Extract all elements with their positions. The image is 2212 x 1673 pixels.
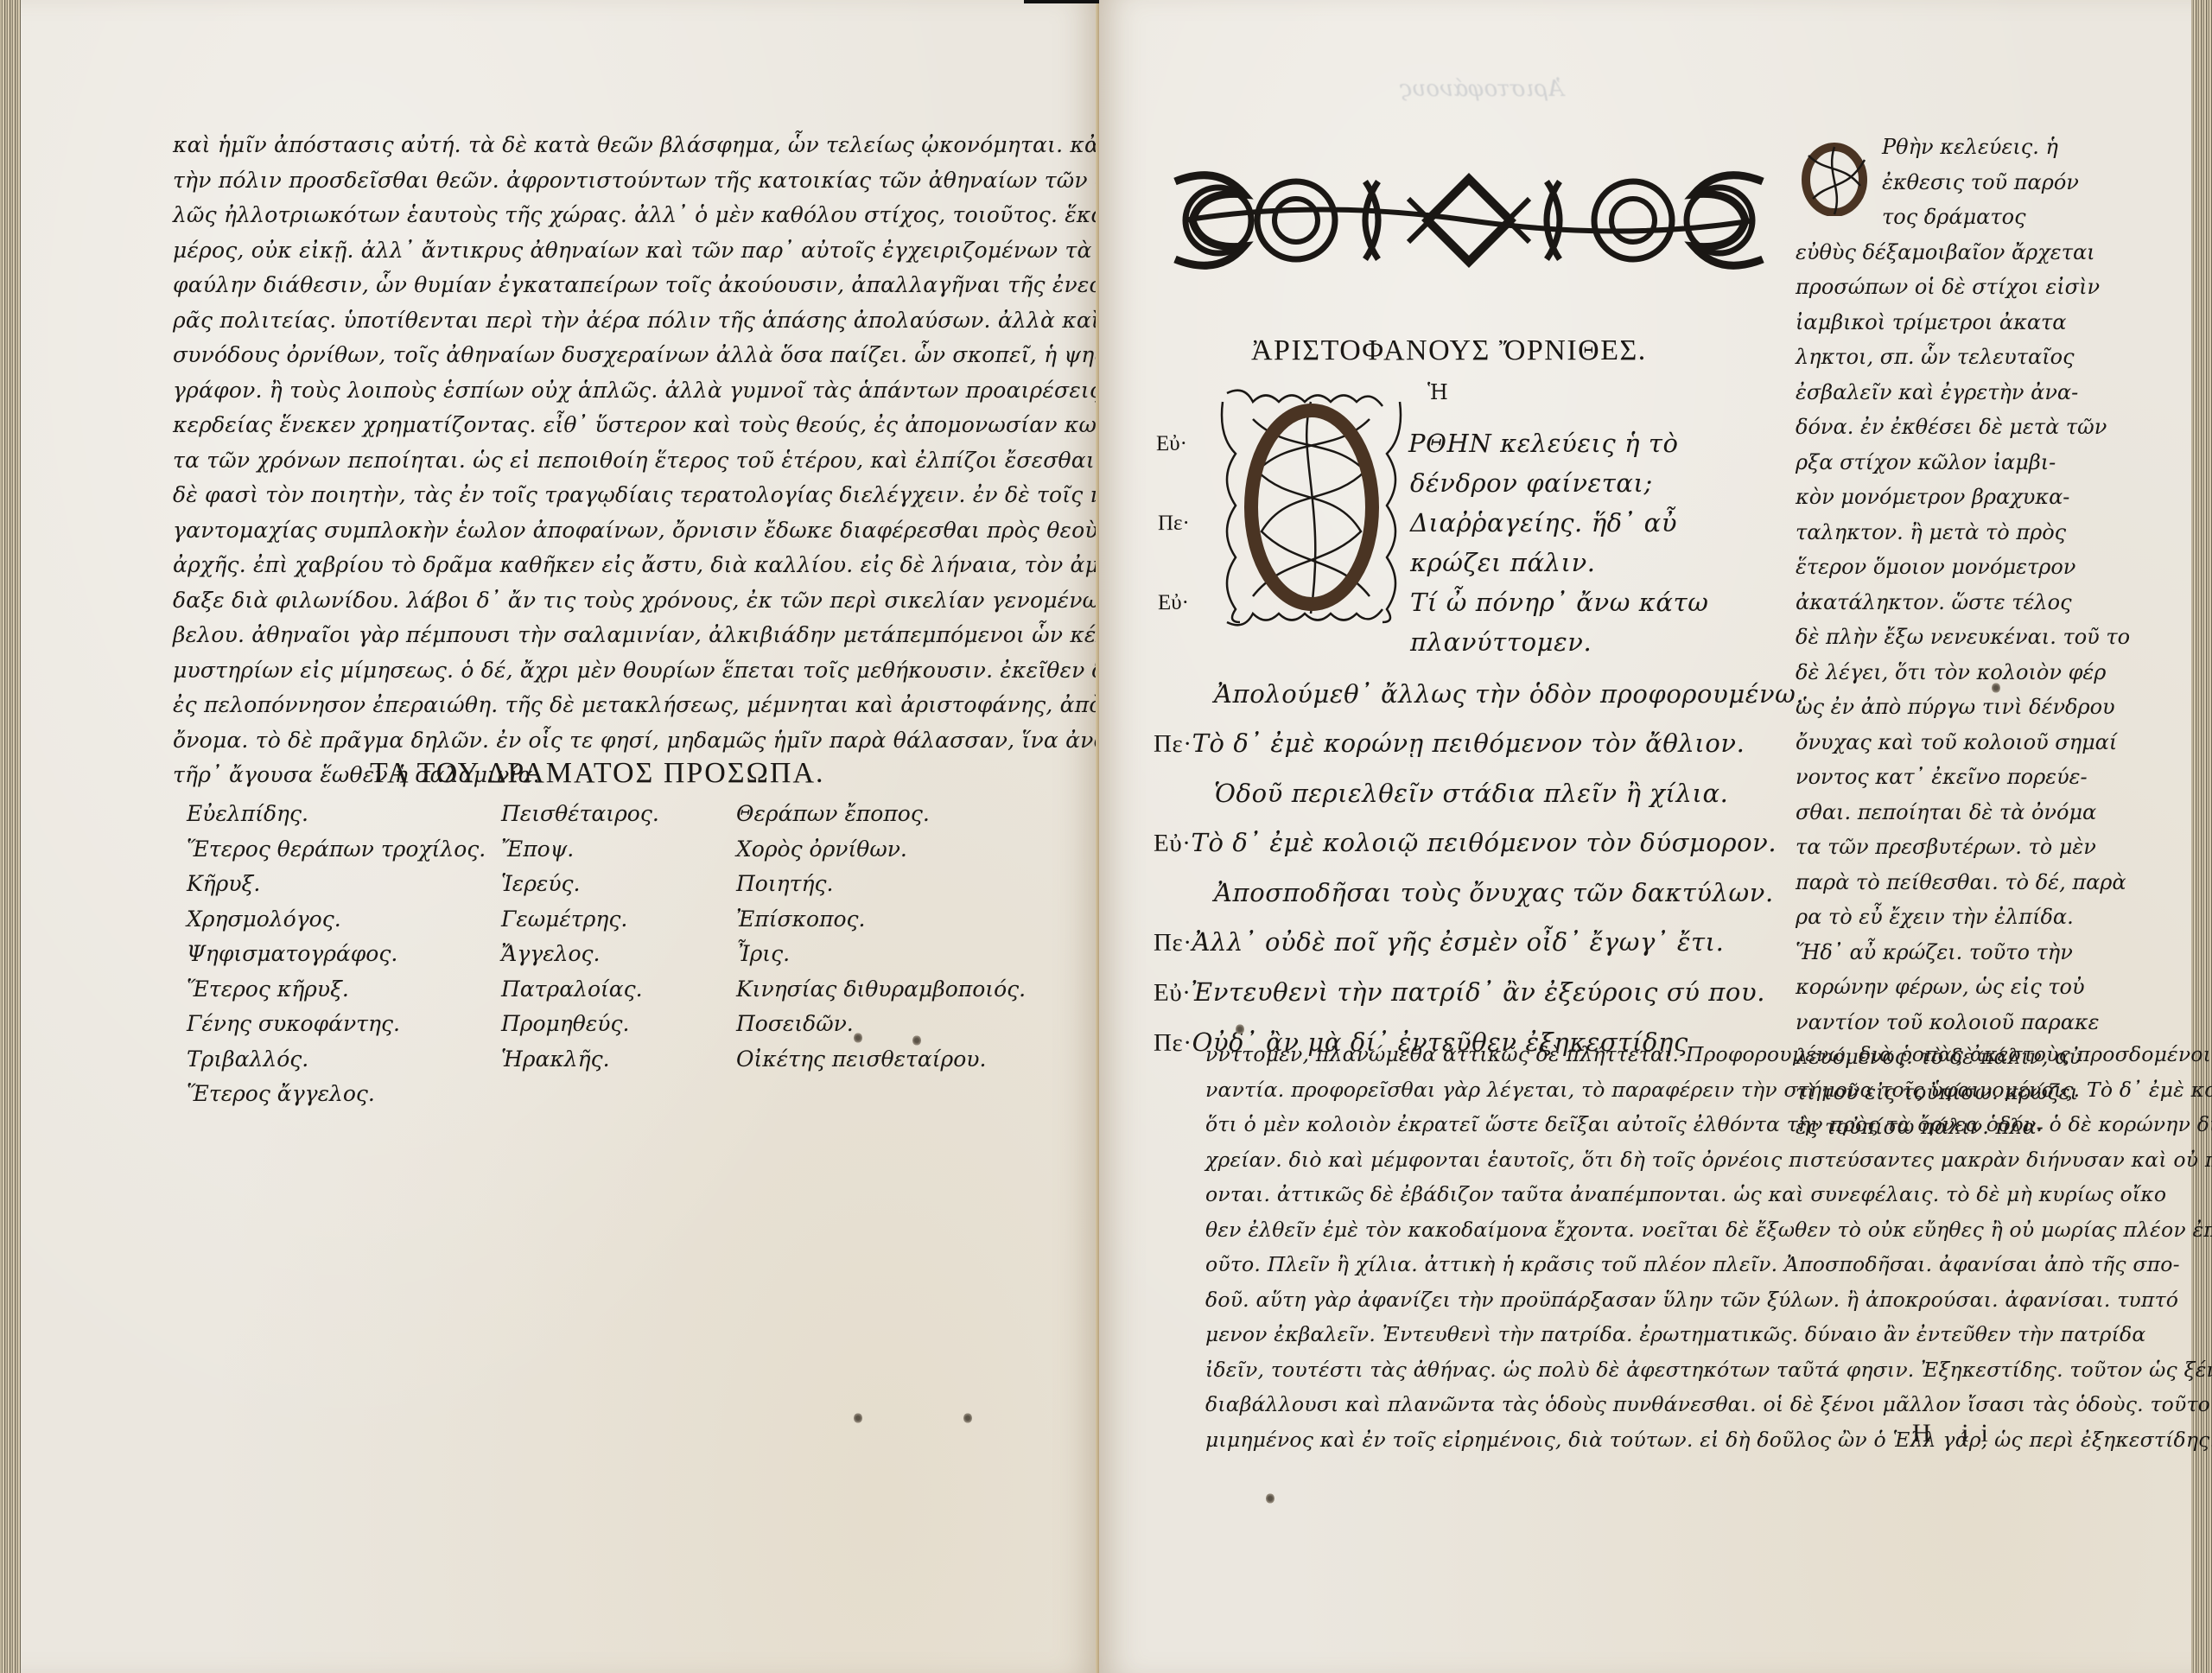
side-commentary-line: ἀκατάληκτον. ὥστε τέλος: [1796, 585, 2107, 620]
right-page-edges: [2191, 0, 2212, 1673]
cast-member: Πεισθέταιρος.: [501, 797, 659, 832]
side-commentary-line: τα τῶν πρεσβυτέρων. τὸ μὲν: [1796, 830, 2107, 865]
left-commentary: καὶ ἡμῖν ἀπόστασις αὐτή. τὰ δὲ κατὰ θεῶν…: [173, 128, 1002, 793]
commentary-line: φαύλην διάθεσιν, ὧν θυμίαν ἐγκαταπείρων …: [173, 268, 1002, 303]
bottom-commentary-line: χρείαν. διὸ καὶ μέμφονται ἑαυτοῖς, ὅτι δ…: [1205, 1142, 2164, 1178]
bottom-commentary-line: ὅτι ὁ μὲν κολοιὸν ἐκρατεῖ ὥστε δεῖξαι αὐ…: [1205, 1107, 2164, 1142]
commentary-line: γράφον. ἢ τοὺς λοιποὺς ἑσπίων οὐχ ἁπλῶς.…: [173, 373, 1002, 409]
cast-column-2: Πεισθέταιρος.Ἔποψ.Ἱερεύς.Γεωμέτρης.Ἄγγελ…: [501, 797, 659, 1077]
side-commentary: Ρθὴν κελεύεις. ἡἐκθεσις τοῦ παρόντος δρά…: [1796, 130, 2107, 1145]
commentary-line: λῶς ἠλλοτριωκότων ἑαυτοὺς τῆς χώρας. ἀλλ…: [173, 198, 1002, 233]
bottom-commentary-line: θεν ἐλθεῖν ἐμὲ τὸν κακοδαίμονα ἔχοντα. ν…: [1205, 1212, 2164, 1248]
cast-member: Εὐελπίδης.: [187, 797, 486, 832]
wormhole: [1992, 683, 2000, 693]
cast-member: Ἐπίσκοπος.: [736, 902, 1026, 938]
bottom-commentary-line: ναντία. προφορεῖσθαι γὰρ λέγεται, τὸ παρ…: [1205, 1072, 2164, 1108]
cast-member: Γένης συκοφάντης.: [187, 1007, 486, 1042]
side-commentary-line: δόνα. ἐν ἐκθέσει δὲ μετὰ τῶν: [1796, 410, 2107, 445]
side-commentary-line: Ἥδ᾽ αὖ κρώζει. τοῦτο τὴν: [1796, 935, 2107, 970]
verse-line: Τί ὦ πόνηρ᾽ ἄνω κάτω: [1410, 588, 1708, 617]
cast-member: Οἰκέτης πεισθεταίρου.: [736, 1042, 1026, 1078]
verse-line: κρώζει πάλιν.: [1410, 548, 1596, 577]
book-spread: καὶ ἡμῖν ἀπόστασις αὐτή. τὰ δὲ κατὰ θεῶν…: [0, 0, 2212, 1673]
speaker-label: Εὐ·: [1154, 979, 1192, 1007]
play-title: ἈΡΙΣΤΟΦΑΝΟΥΣ ὌΡΝΙΘΕΣ.: [1251, 334, 1647, 367]
cast-column-1: Εὐελπίδης.Ἕτερος θεράπων τροχίλος.Κῆρυξ.…: [187, 797, 486, 1112]
cast-member: Κινησίας διθυραμβοποιός.: [736, 972, 1026, 1008]
side-commentary-line: ρξα στίχον κῶλον ἰαμβι-: [1796, 445, 2107, 480]
wormhole: [854, 1413, 862, 1423]
commentary-line: τὴν πόλιν προσδεῖσθαι θεῶν. ἀφροντιστούν…: [173, 163, 1002, 199]
cast-member: Ποιητής.: [736, 867, 1026, 902]
speaker-label: Πε·: [1154, 1029, 1192, 1057]
cast-member: Ἕτερος ἄγγελος.: [187, 1077, 486, 1112]
commentary-line: καὶ ἡμῖν ἀπόστασις αὐτή. τὰ δὲ κατὰ θεῶν…: [173, 128, 1002, 163]
cast-member: Προμηθεύς.: [501, 1007, 659, 1042]
bottom-commentary-line: μιμημένος καὶ ἐν τοῖς εἰρημένοις, διὰ το…: [1205, 1422, 2164, 1458]
side-commentary-line: Ρθὴν κελεύεις. ἡ: [1796, 130, 2107, 165]
side-commentary-line: ἐσβαλεῖν καὶ ἐγρετὴν ἀνα-: [1796, 375, 2107, 410]
speaker-label: Εὐ·: [1154, 830, 1192, 857]
verse-text: Ἐντευθενὶ τὴν πατρίδ᾽ ἂν ἐξεύροις σύ που…: [1192, 977, 1766, 1007]
side-commentary-line: ἕτερον ὅμοιον μονόμετρον: [1796, 550, 2107, 585]
side-commentary-line: ληκτοι, σπ. ὧν τελευταῖος: [1796, 340, 2107, 375]
verse-text: Τὸ δ᾽ ἐμὲ κορώνῃ πειθόμενον τὸν ἄθλιον.: [1192, 728, 1745, 758]
left-page-edges: [0, 0, 21, 1673]
side-commentary-line: ἐκθεσις τοῦ παρόν: [1796, 165, 2107, 200]
side-commentary-line: σθαι. πεποίηται δὲ τὰ ὀνόμα: [1796, 795, 2107, 830]
speaker-label: Πε·: [1158, 512, 1190, 536]
commentary-line: κερδείας ἕνεκεν χρηματίζοντας. εἶθ᾽ ὕστε…: [173, 408, 1002, 443]
cast-member: Ἔποψ.: [501, 832, 659, 868]
cast-member: Ψηφισματογράφος.: [187, 937, 486, 972]
wormhole: [963, 1413, 972, 1423]
verse-line: Διαῤῥαγείης. ἥδ᾽ αὖ: [1410, 508, 1677, 538]
side-commentary-line: ὡς ἐν ἀπὸ πύργω τινὶ δένδρου: [1796, 690, 2107, 725]
cast-member: Ἕτερος θεράπων τροχίλος.: [187, 832, 486, 868]
side-commentary-line: δὲ λέγει, ὅτι τὸν κολοιὸν φέρ: [1796, 655, 2107, 690]
speaker-label: Εὐ·: [1156, 432, 1187, 456]
bleed-through-header: Ἀριστοφάνους: [1400, 76, 1564, 102]
verse-text: Ἀλλ᾽ οὐδὲ ποῖ γῆς ἐσμὲν οἶδ᾽ ἔγωγ᾽ ἔτι.: [1192, 927, 1725, 957]
cast-member: Τριβαλλός.: [187, 1042, 486, 1078]
speaker-label: Πε·: [1154, 730, 1192, 758]
speaker-label: Εὐ·: [1158, 591, 1189, 615]
cast-member: Κῆρυξ.: [187, 867, 486, 902]
commentary-line: ρᾶς πολιτείας. ὑποτίθενται περὶ τὴν ἀέρα…: [173, 303, 1002, 339]
side-commentary-line: ἰαμβικοὶ τρίμετροι ἀκατα: [1796, 305, 2107, 340]
bottom-commentary-line: διαβάλλουσι καὶ πλανῶντα τὰς ὁδοὺς πυνθά…: [1205, 1387, 2164, 1422]
bottom-commentary-line: δοῦ. αὕτη γὰρ ἀφανίζει τὴν προϋπάρξασαν …: [1205, 1282, 2164, 1318]
side-commentary-line: νοντος κατ᾽ ἐκεῖνο πορεύε-: [1796, 760, 2107, 795]
decorated-initial-o-icon: [1218, 385, 1404, 631]
superscript-mark: Ἡ: [1427, 380, 1448, 404]
cast-member: Χορὸς ὀρνίθων.: [736, 832, 1026, 868]
wormhole: [854, 1033, 862, 1043]
speaker-label: Πε·: [1154, 929, 1192, 957]
side-commentary-line: τος δράματος: [1796, 200, 2107, 235]
verse-line: ΡΘΗΝ κελεύεις ἡ τὸ: [1408, 429, 1679, 458]
verse-line: πλανύττομεν.: [1410, 627, 1592, 657]
commentary-line: μυστηρίων εἰς μίμησεως. ὁ δέ, ἄχρι μὲν θ…: [173, 653, 1002, 689]
side-commentary-line: παρὰ τὸ πείθεσθαι. τὸ δέ, παρὰ: [1796, 865, 2107, 900]
commentary-line: δὲ φασὶ τὸν ποιητὴν, τὰς ἐν τοῖς τραγῳδί…: [173, 478, 1002, 513]
verse-text: Τὸ δ᾽ ἐμὲ κολοιῷ πειθόμενον τὸν δύσμορον…: [1192, 828, 1777, 857]
commentary-line: μέρος, οὐκ εἰκῇ. ἀλλ᾽ ἄντικρυς ἀθηναίων …: [173, 233, 1002, 269]
cast-member: Ἕτερος κῆρυξ.: [187, 972, 486, 1008]
cast-member: Ἶρις.: [736, 937, 1026, 972]
verse-text: Ὁδοῦ περιελθεῖν στάδια πλεῖν ἢ χίλια.: [1214, 779, 1728, 808]
commentary-line: ἐς πελοπόννησον ἐπεραιώθη. τῆς δὲ μετακλ…: [173, 688, 1002, 723]
bottom-commentary-line: ννττομεν, πλανώμεθα ἀττικῶς δὲ πλήττεται…: [1205, 1037, 2164, 1072]
bottom-commentary-line: οῦτο. Πλεῖν ἢ χίλια. ἀττικὴ ἡ κρᾶσις τοῦ…: [1205, 1247, 2164, 1282]
bottom-commentary-line: ἰδεῖν, τουτέστι τὰς ἀθήνας. ὡς πολὺ δὲ ἀ…: [1205, 1352, 2164, 1388]
commentary-line: δαξε διὰ φιλωνίδου. λάβοι δ᾽ ἄν τις τοὺς…: [173, 583, 1002, 619]
commentary-line: ἀρχῆς. ἐπὶ χαβρίου τὸ δρᾶμα καθῆκεν εἰς …: [173, 548, 1002, 583]
side-commentary-line: ταληκτον. ἢ μετὰ τὸ πρὸς: [1796, 515, 2107, 550]
side-commentary-line: ναντίον τοῦ κολοιοῦ παρακε: [1796, 1005, 2107, 1040]
knotwork-headpiece-icon: [1166, 164, 1771, 277]
wormhole: [1236, 1024, 1244, 1034]
commentary-line: συνόδους ὀρνίθων, τοῖς ἀθηναίων δυσχεραί…: [173, 338, 1002, 373]
wormhole: [912, 1035, 921, 1046]
commentary-line: τα τῶν χρόνων πεποίηται. ὡς εἰ πεποιθοίη…: [173, 443, 1002, 479]
cast-member: Ἱερεύς.: [501, 867, 659, 902]
verse-block: Ἀπολούμεθ᾽ ἄλλως τὴν ὁδὸν προφορουμένω.Π…: [1154, 670, 1804, 1068]
verse-text: Ἀπολούμεθ᾽ ἄλλως τὴν ὁδὸν προφορουμένω.: [1214, 679, 1804, 709]
bottom-commentary-line: μενον ἐκβαλεῖν. Ἐντευθενὶ τὴν πατρίδα. ἐ…: [1205, 1317, 2164, 1352]
signature-mark: H ii: [1912, 1419, 2000, 1448]
commentary-line: γαντομαχίας συμπλοκὴν ἑωλον ἀποφαίνων, ὄ…: [173, 513, 1002, 549]
cast-member: Χρησμολόγος.: [187, 902, 486, 938]
cast-member: Θεράπων ἔποπος.: [736, 797, 1026, 832]
cast-list-title: ΤΑ ΤΟΥ ΔΡΑΜΑΤΟΣ ΠΡΟΣΩΠΑ.: [370, 757, 825, 790]
side-commentary-line: προσώπων οἱ δὲ στίχοι εἰσὶν: [1796, 270, 2107, 305]
cast-column-3: Θεράπων ἔποπος.Χορὸς ὀρνίθων.Ποιητής.Ἐπί…: [736, 797, 1026, 1077]
verse-line: Εὐ·Τὸ δ᾽ ἐμὲ κολοιῷ πειθόμενον τὸν δύσμο…: [1154, 818, 1804, 868]
side-commentary-line: κορώνην φέρων, ὡς εἰς τοὐ: [1796, 970, 2107, 1005]
commentary-line: ὄνομα. τὸ δὲ πρᾶγμα δηλῶν. ἐν οἷς τε φησ…: [173, 723, 1002, 759]
verse-line: Ὁδοῦ περιελθεῖν στάδια πλεῖν ἢ χίλια.: [1154, 769, 1804, 818]
side-commentary-line: κὸν μονόμετρον βραχυκα-: [1796, 480, 2107, 515]
side-commentary-line: δὲ πλὴν ἔξω νενευκέναι. τοῦ το: [1796, 620, 2107, 655]
cast-member: Ποσειδῶν.: [736, 1007, 1026, 1042]
verse-line: Ἀποσποδῆσαι τοὺς ὄνυχας τῶν δακτύλων.: [1154, 868, 1804, 918]
verse-line: Πε·Ἀλλ᾽ οὐδὲ ποῖ γῆς ἐσμὲν οἶδ᾽ ἔγωγ᾽ ἔτ…: [1154, 918, 1804, 968]
side-commentary-line: ρα τὸ εὖ ἔχειν τὴν ἐλπίδα.: [1796, 900, 2107, 935]
cast-member: Ἡρακλῆς.: [501, 1042, 659, 1078]
verse-text: Ἀποσποδῆσαι τοὺς ὄνυχας τῶν δακτύλων.: [1214, 878, 1774, 907]
side-commentary-line: εὐθὺς δέξαμοιβαῖον ἄρχεται: [1796, 235, 2107, 270]
cast-member: Γεωμέτρης.: [501, 902, 659, 938]
wormhole: [1266, 1493, 1274, 1504]
commentary-line: βελου. ἀθηναῖοι γὰρ πέμπουσι τὴν σαλαμιν…: [173, 618, 1002, 653]
verse-line: δένδρον φαίνεται;: [1410, 468, 1653, 498]
verse-line: Ἀπολούμεθ᾽ ἄλλως τὴν ὁδὸν προφορουμένω.: [1154, 670, 1804, 719]
cast-member: Ἄγγελος.: [501, 937, 659, 972]
verse-line: Εὐ·Ἐντευθενὶ τὴν πατρίδ᾽ ἂν ἐξεύροις σύ …: [1154, 968, 1804, 1018]
bottom-commentary-line: ονται. ἀττικῶς δὲ ἐβάδιζον ταῦτα ἀναπέμπ…: [1205, 1177, 2164, 1212]
verse-line: Πε·Τὸ δ᾽ ἐμὲ κορώνῃ πειθόμενον τὸν ἄθλιο…: [1154, 719, 1804, 769]
side-commentary-line: ὄνυχας καὶ τοῦ κολοιοῦ σημαί: [1796, 725, 2107, 760]
cast-member: Πατραλοίας.: [501, 972, 659, 1008]
bottom-commentary: ννττομεν, πλανώμεθα ἀττικῶς δὲ πλήττεται…: [1205, 1037, 2164, 1457]
